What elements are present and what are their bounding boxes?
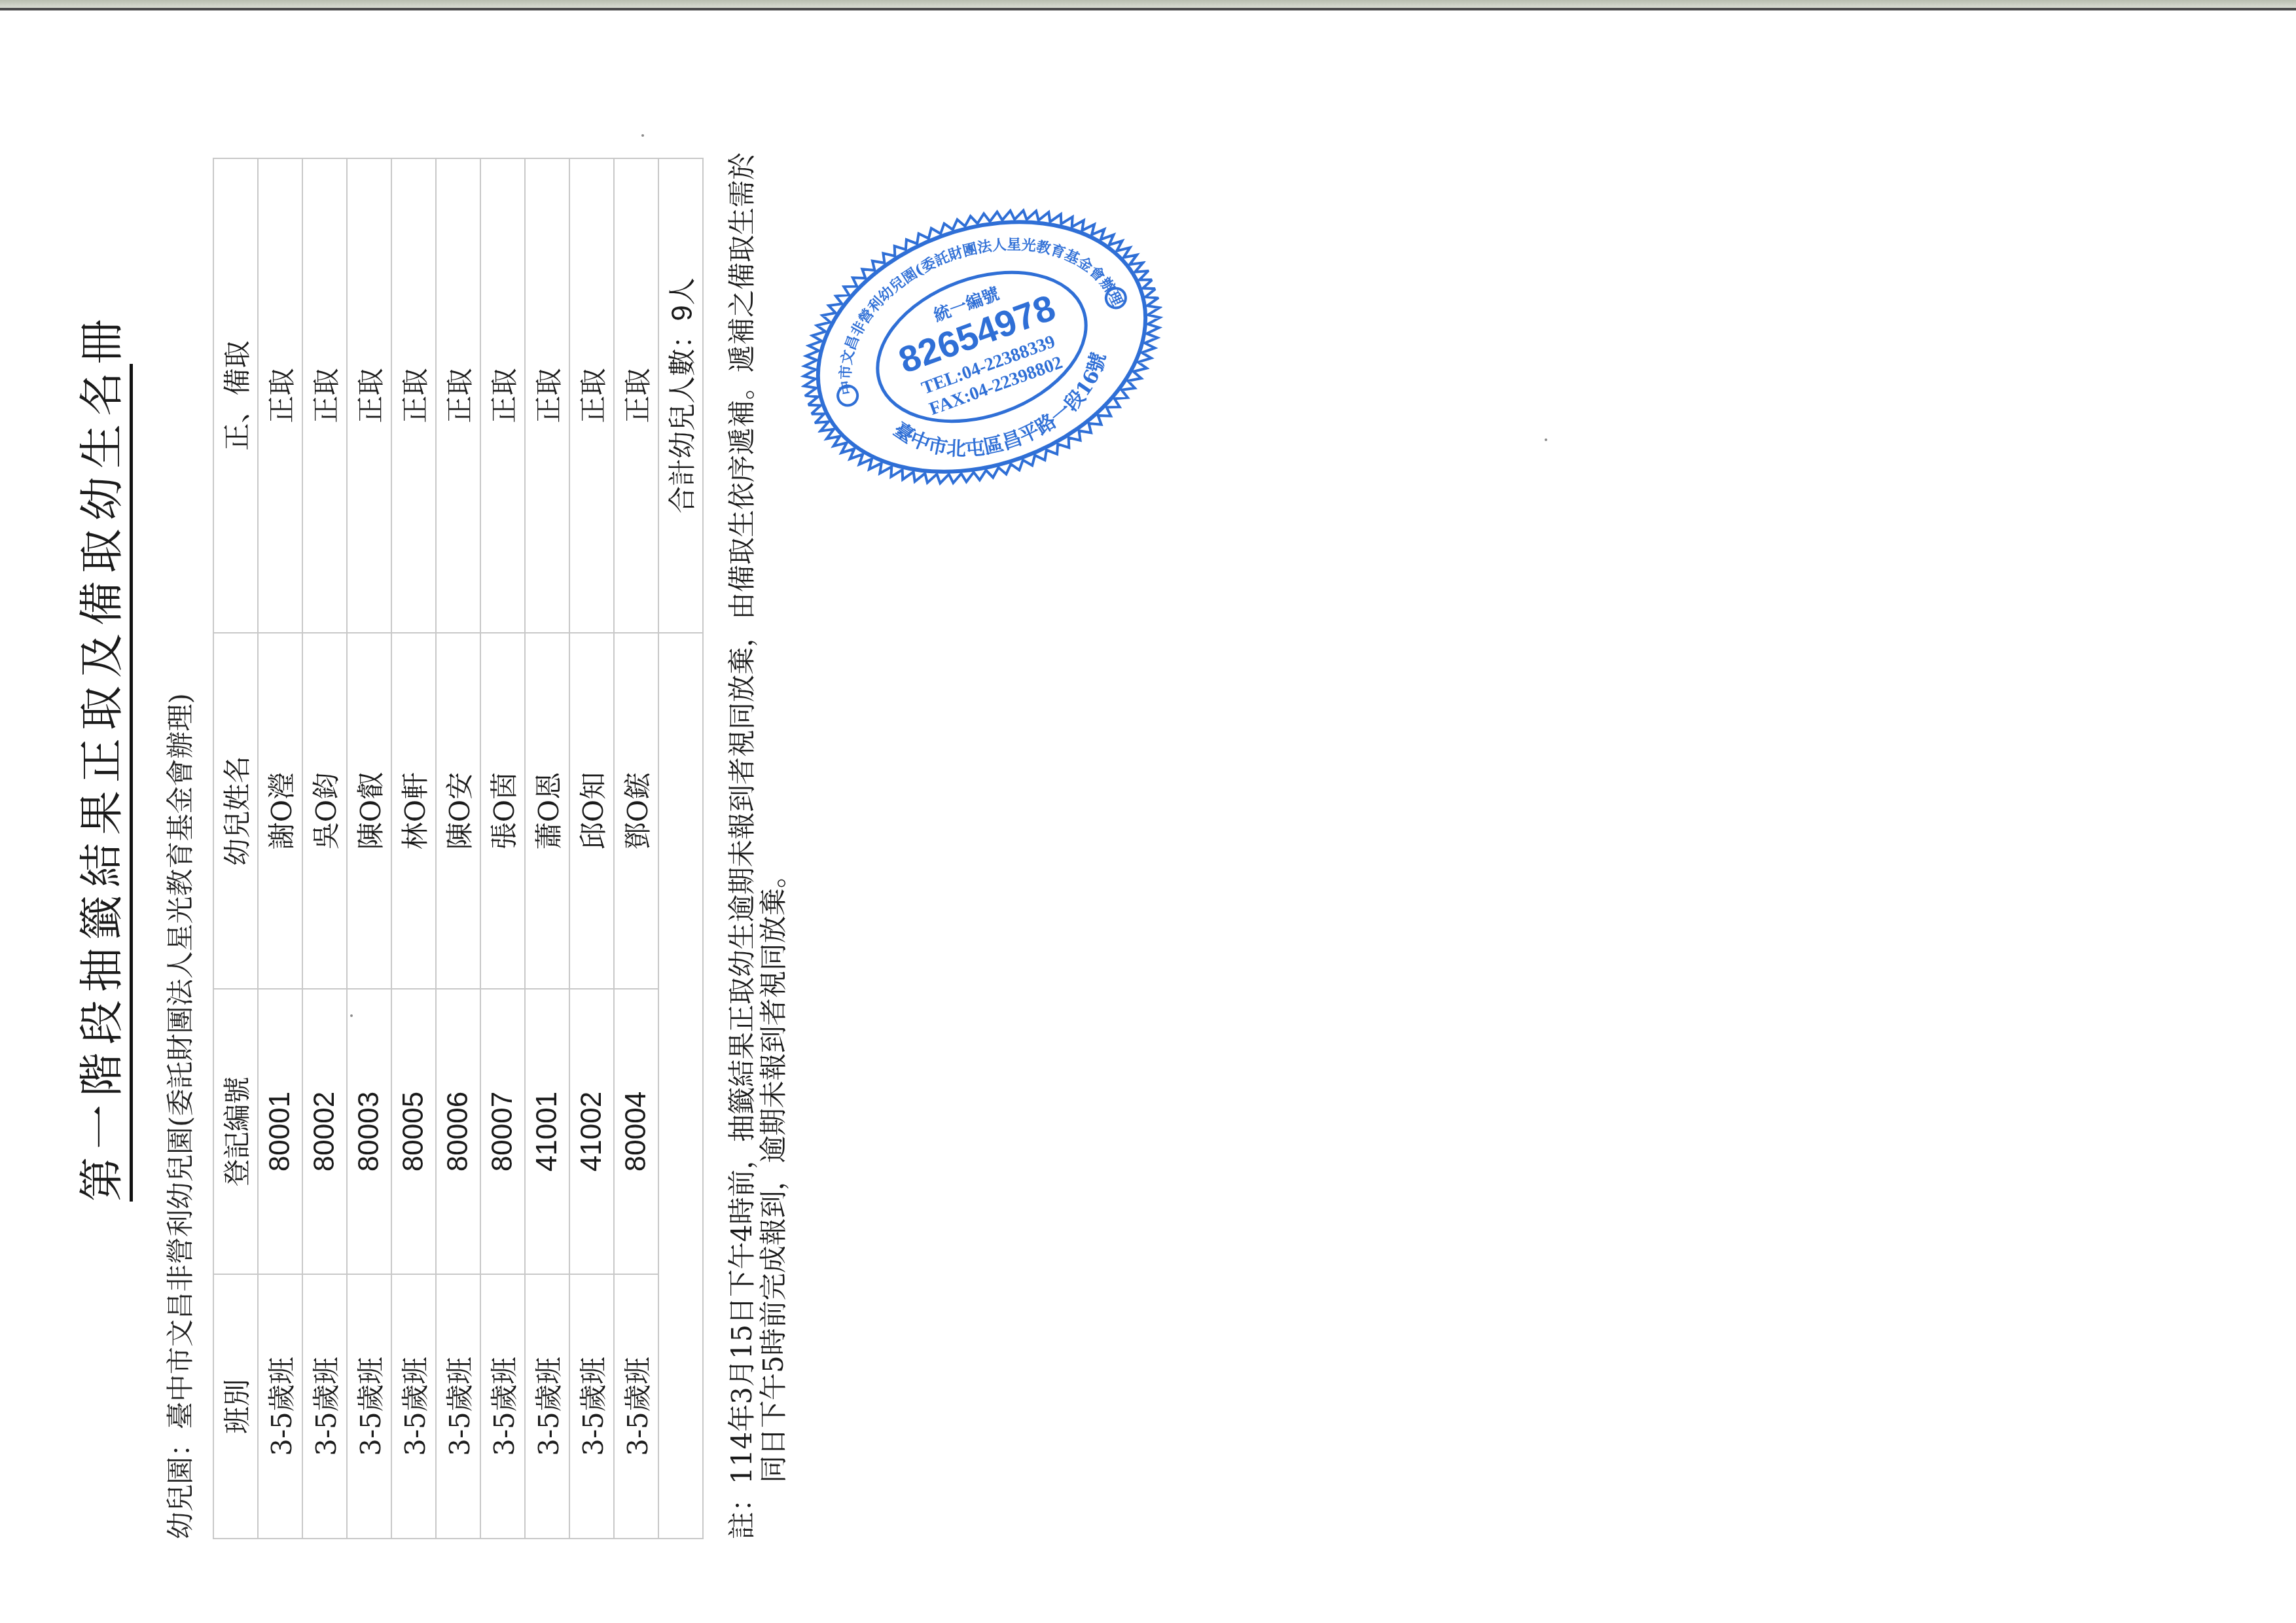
table-row: 3-5歲班80007張O茵正取	[480, 158, 525, 1539]
class-cell: 3-5歲班	[302, 1274, 347, 1539]
official-seal-stamp: 臺中市文昌非營利幼兒園(委託財團法人星光教育基金會辦理) 臺中市北屯區昌平路一段…	[764, 161, 1198, 532]
child-name-cell: 吳O鈞	[302, 633, 347, 989]
status-cell: 正取	[569, 158, 614, 633]
child-name-cell: 邱O知	[569, 633, 614, 989]
table-row: 3-5歲班80004鄧O鋐正取	[614, 158, 658, 1539]
kindergarten-name: 臺中市文昌非營利幼兒園(委託財團法人星光教育基金會辦理)	[164, 693, 196, 1429]
table-row: 3-5歲班80002吳O鈞正取	[302, 158, 347, 1539]
class-cell: 3-5歲班	[480, 1274, 525, 1539]
class-cell: 3-5歲班	[525, 1274, 569, 1539]
footnote: 註：114年3月15日下午4時前，抽籤結果正取幼生逾期未報到者視同放棄，由備取生…	[726, 152, 789, 1539]
child-name-cell: 張O茵	[480, 633, 525, 989]
child-name-cell: 蕭O恩	[525, 633, 569, 989]
reg-no-cell: 80001	[258, 989, 302, 1274]
reg-no-cell: 80007	[480, 989, 525, 1274]
header-reg-no: 登記編號	[213, 989, 258, 1274]
reg-no-cell: 41002	[569, 989, 614, 1274]
table-row: 3-5歲班80006陳O安正取	[436, 158, 480, 1539]
child-name-cell: 林O軒	[391, 633, 436, 989]
scan-speck	[350, 1014, 353, 1017]
kindergarten-line: 幼兒園：臺中市文昌非營利幼兒園(委託財團法人星光教育基金會辦理)	[161, 693, 200, 1539]
child-name-cell: 鄧O鋐	[614, 633, 658, 989]
class-cell: 3-5歲班	[258, 1274, 302, 1539]
table-header-row: 班別 登記編號 幼兒姓名 正、備取	[213, 158, 258, 1539]
total-label: 合計幼兒人數：	[666, 321, 698, 514]
table-row: 3-5歲班41001蕭O恩正取	[525, 158, 569, 1539]
class-cell: 3-5歲班	[436, 1274, 480, 1539]
total-count: 9	[666, 305, 698, 321]
kindergarten-label: 幼兒園：	[164, 1429, 196, 1539]
child-name-cell: 陳O叡	[347, 633, 391, 989]
reg-no-cell: 80003	[347, 989, 391, 1274]
total-row: 合計幼兒人數：9人	[658, 158, 703, 1539]
total-count-cell: 合計幼兒人數：9人	[658, 158, 703, 633]
child-name-cell: 陳O安	[436, 633, 480, 989]
header-child-name: 幼兒姓名	[213, 633, 258, 989]
header-class: 班別	[213, 1274, 258, 1539]
status-cell: 正取	[302, 158, 347, 633]
class-cell: 3-5歲班	[614, 1274, 658, 1539]
footnote-line-1: 註：114年3月15日下午4時前，抽籤結果正取幼生逾期未報到者視同放棄，由備取生…	[726, 152, 758, 1539]
reg-no-cell: 41001	[525, 989, 569, 1274]
total-unit: 人	[666, 277, 698, 305]
reg-no-cell: 80004	[614, 989, 658, 1274]
admission-table: 班別 登記編號 幼兒姓名 正、備取 3-5歲班80001謝O瀅正取3-5歲班80…	[213, 158, 704, 1539]
reg-no-cell: 80002	[302, 989, 347, 1274]
status-cell: 正取	[614, 158, 658, 633]
total-row-spacer	[658, 633, 703, 1539]
table-row: 3-5歲班80003陳O叡正取	[347, 158, 391, 1539]
reg-no-cell: 80005	[391, 989, 436, 1274]
table-row: 3-5歲班80001謝O瀅正取	[258, 158, 302, 1539]
child-name-cell: 謝O瀅	[258, 633, 302, 989]
status-cell: 正取	[480, 158, 525, 633]
status-cell: 正取	[258, 158, 302, 633]
document-title: 第一階段抽籤結果正取及備取幼生名冊	[77, 364, 133, 1202]
class-cell: 3-5歲班	[347, 1274, 391, 1539]
scan-speck	[1545, 438, 1547, 441]
document-page: 第一階段抽籤結果正取及備取幼生名冊 幼兒園：臺中市文昌非營利幼兒園(委託財團法人…	[0, 0, 2296, 1623]
reg-no-cell: 80006	[436, 989, 480, 1274]
status-cell: 正取	[347, 158, 391, 633]
status-cell: 正取	[436, 158, 480, 633]
status-cell: 正取	[391, 158, 436, 633]
table-row: 3-5歲班80005林O軒正取	[391, 158, 436, 1539]
footnote-line-2: 同日下午5時前完成報到，逾期未報到者視同放棄。	[758, 152, 789, 1539]
class-cell: 3-5歲班	[391, 1274, 436, 1539]
class-cell: 3-5歲班	[569, 1274, 614, 1539]
header-status: 正、備取	[213, 158, 258, 633]
table-row: 3-5歲班41002邱O知正取	[569, 158, 614, 1539]
status-cell: 正取	[525, 158, 569, 633]
scan-speck	[641, 134, 644, 137]
